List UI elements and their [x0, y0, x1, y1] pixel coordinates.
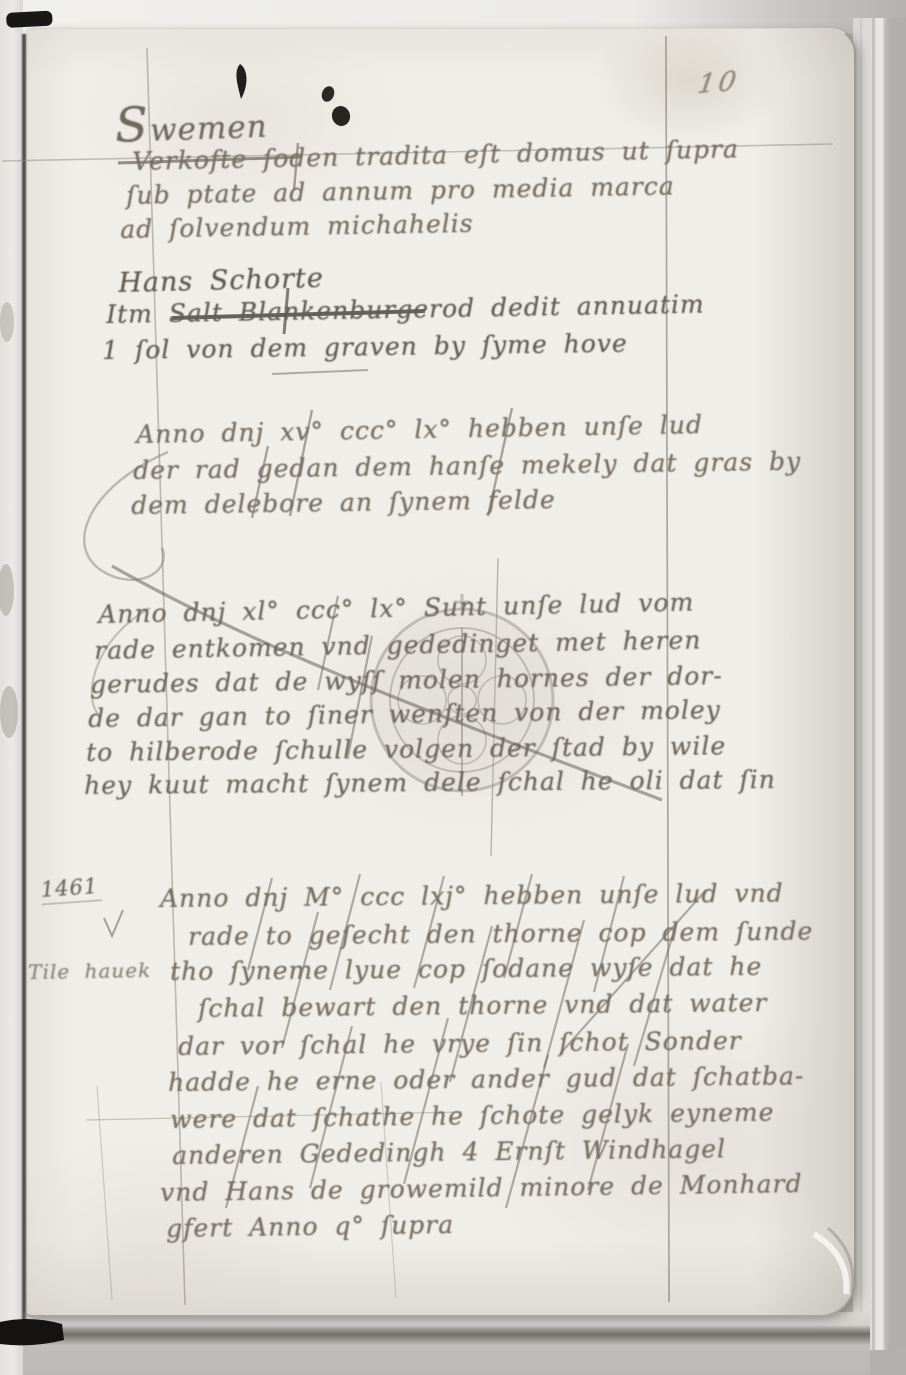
entry-heading-hans-schorte: Hans Schorte	[118, 263, 324, 299]
page-number: 10	[696, 66, 742, 101]
entry-e-line: dar vor ſchal he vrye ſin ſchot Sonder	[178, 1026, 742, 1061]
facing-page-edge	[0, 0, 23, 1375]
entry-e-line: gfert Anno q° ſupra	[166, 1210, 454, 1243]
manuscript-scan: 10 Swemen Verkofte ſoden tradita eſt dom…	[0, 0, 906, 1375]
entry-e-line: tho ſyneme lyue cop ſodane wyſe dat he	[170, 952, 762, 986]
margin-name-note: Tile hauek	[28, 958, 151, 984]
entry-e-line: Anno dnj M° ccc lxj° hebben unſe lud vnd	[160, 879, 784, 913]
entry-e-line: ſchal bewart den thorne vnd dat water	[198, 988, 768, 1023]
entry-a-line: ad ſolvendum michahelis	[120, 209, 474, 244]
binding-gutter-shadow	[21, 34, 27, 1344]
book-bottom-edge-pages	[23, 1312, 870, 1375]
entry-e-line: rade to geſecht den thorne cop dem ſunde	[188, 917, 813, 951]
margin-year-note: 1461	[40, 874, 102, 905]
entry-c-line: dem delebore an ſynem felde	[131, 485, 556, 520]
book-fore-edge-pages	[853, 18, 906, 1350]
entry-d-line: hey kuut macht ſynem dele ſchal he oli d…	[84, 765, 776, 800]
